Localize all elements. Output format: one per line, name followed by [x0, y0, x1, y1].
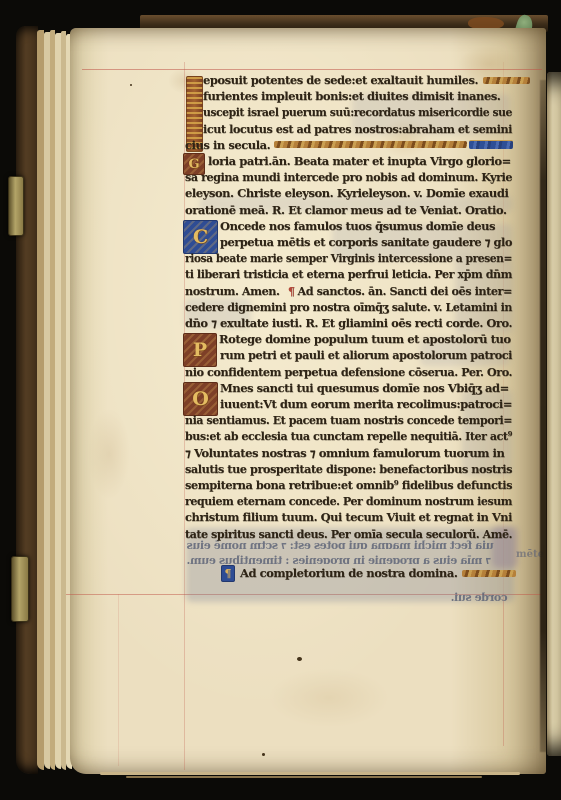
manuscript-line: dn̄o ⁊ exultate iusti. R. Et gliamini oē… — [185, 315, 514, 331]
line-text: cedere dignemini pro nostra oīmq̄ʒ salut… — [185, 300, 512, 314]
line-text: icut locutus est ad patres nostros:abrah… — [203, 122, 512, 136]
page-edge-strip — [126, 776, 482, 778]
speck — [297, 657, 302, 661]
manuscript-line: christum filium tuum. Qui tecum Viuit et… — [185, 509, 514, 525]
line-text: nostrum. Amen. ¶Ad sanctos. ān. Sancti d… — [185, 284, 512, 298]
line-text: salutis tue prosperitate dispone: benefa… — [185, 462, 512, 476]
line-text: requiem eternam concede. Per dominum nos… — [185, 494, 512, 508]
line-text: eposuit potentes de sede:et exaltauit hu… — [203, 73, 478, 87]
manuscript-line: cedere dignemini pro nostra oīmq̄ʒ salut… — [185, 299, 514, 315]
rubric-line: ¶ Ad completorium de nostra domina. — [185, 564, 514, 582]
manuscript-line: rum petri et pauli et aliorum apostoloru… — [185, 347, 549, 363]
manuscript-line: sempiterna bona retribue:et omnib⁹ fidel… — [185, 477, 514, 493]
line-text: christum filium tuum. Qui tecum Viuit et… — [185, 510, 512, 524]
line-text: sempiterna bona retribue:et omnib⁹ fidel… — [185, 478, 512, 492]
bleedthrough-text: corde sui. — [451, 591, 508, 601]
manuscript-line: eleyson. Christe eleyson. Kyrieleyson. v… — [185, 185, 514, 201]
manuscript-line: uscepit israel puerum suū:recordatus mis… — [185, 104, 532, 120]
red-pilcrow-icon: ¶ — [288, 284, 295, 298]
line-filler — [483, 77, 530, 84]
line-text: nio confidentem perpetua defensione cōse… — [185, 365, 512, 379]
line-text: rum petri et pauli et aliorum apostoloru… — [220, 348, 512, 362]
bleedthrough-line: ⁊ mīa eius a progenie in progenies : tim… — [187, 549, 511, 564]
line-text: furientes impleuit bonis:et diuites dimi… — [203, 89, 500, 103]
manuscript-line: orationē meā. R. Et clamor meus ad te Ve… — [185, 202, 514, 218]
blue-pilcrow-icon: ¶ — [221, 565, 235, 582]
manuscript-line: Oncede nos famulos tuos q̄sumus domīe de… — [185, 218, 549, 234]
speck — [262, 753, 265, 756]
manuscript-line: cius in secula. — [185, 137, 514, 153]
manuscript-line: requiem eternam concede. Per dominum nos… — [185, 493, 514, 509]
line-text: nia sentiamus. Et pacem tuam nostris con… — [185, 413, 512, 427]
manuscript-line: icut locutus est ad patres nostros:abrah… — [185, 121, 532, 137]
manuscript-line: sa regina mundi intercede pro nobis ad d… — [185, 169, 514, 185]
line-text: Mnes sancti tui quesumus domīe nos Vbiq̄… — [220, 381, 509, 395]
parchment-stain — [268, 668, 390, 728]
ruling-line-margin — [118, 594, 119, 766]
photo-backdrop: uia fect michi magna qui potes est: ⁊ sc… — [0, 0, 561, 800]
page-edge-strip — [37, 30, 44, 770]
manuscript-line: ⁊ Voluntates nostras ⁊ omnium famulorum … — [185, 445, 514, 461]
leather-binding — [16, 26, 38, 774]
manuscript-line: tate spiritus sancti deus. Per omīa secu… — [185, 526, 514, 542]
line-text: cius in secula. — [185, 138, 270, 152]
line-text: tate spiritus sancti deus. Per omīa secu… — [185, 527, 512, 541]
manuscript-line: nio confidentem perpetua defensione cōse… — [185, 364, 514, 380]
manuscript-line: nostrum. Amen. ¶Ad sanctos. ān. Sancti d… — [185, 283, 514, 299]
bleedthrough-line: corde sui. — [451, 586, 508, 601]
line-text: perpetua mētis et corporis sanitate gaud… — [220, 235, 512, 249]
rubric-text: Ad completorium de nostra domina. — [240, 566, 457, 580]
manuscript-line: riosa beate marie semper Virginis interc… — [185, 250, 514, 266]
manuscript-line: salutis tue prosperitate dispone: benefa… — [185, 461, 514, 477]
manuscript-line: iuuent:Vt dum eorum merita recolimus:pat… — [185, 396, 549, 412]
manuscript-line: Rotege domine populum tuum et apostolorū… — [185, 331, 548, 347]
manuscript-line: loria patri.ān. Beata mater et inupta Vi… — [185, 153, 537, 169]
manuscript-line: Mnes sancti tui quesumus domīe nos Vbiq̄… — [185, 380, 549, 396]
line-filler — [462, 570, 516, 577]
line-text: dn̄o ⁊ exultate iusti. R. Et gliamini oē… — [185, 316, 512, 330]
manuscript-line: nia sentiamus. Et pacem tuam nostris con… — [185, 412, 514, 428]
clasp-fitting-bottom — [11, 556, 29, 622]
parchment-stain — [88, 408, 130, 500]
line-text: sa regina mundi intercede pro nobis ad d… — [185, 170, 512, 184]
gutter-seam — [540, 80, 547, 752]
line-text: uscepit israel puerum suū:recordatus mis… — [203, 105, 512, 119]
line-text: loria patri.ān. Beata mater et inupta Vi… — [208, 154, 511, 168]
text-block: uia fect michi magna qui potes est: ⁊ sc… — [185, 72, 514, 612]
manuscript-line: perpetua mētis et corporis sanitate gaud… — [185, 234, 549, 250]
page-edge-strip — [100, 772, 520, 775]
line-filler-blue — [469, 140, 513, 149]
manuscript-line: ti liberari tristicia et eterna perfrui … — [185, 266, 514, 282]
line-filler — [274, 141, 467, 148]
facing-page-edge — [547, 72, 561, 756]
manuscript-line: eposuit potentes de sede:et exaltauit hu… — [185, 72, 532, 88]
line-text: Oncede nos famulos tuos q̄sumus domīe de… — [220, 219, 495, 233]
line-text: orationē meā. R. Et clamor meus ad te Ve… — [185, 203, 507, 217]
manuscript-line: bus:et ab ecclesia tua cunctam repelle n… — [185, 428, 514, 444]
manuscript-page: uia fect michi magna qui potes est: ⁊ sc… — [70, 28, 546, 774]
bleedthrough-text: ⁊ mīa eius a progenie in progenies : tim… — [187, 554, 491, 564]
ruling-line-right — [503, 594, 504, 746]
speck — [130, 84, 132, 86]
line-text: bus:et ab ecclesia tua cunctam repelle n… — [185, 429, 512, 443]
line-text: riosa beate marie semper Virginis interc… — [185, 251, 512, 265]
line-text: Rotege domine populum tuum et apostolorū… — [219, 332, 511, 346]
line-text: ⁊ Voluntates nostras ⁊ omnium famulorum … — [185, 446, 504, 460]
line-text: eleyson. Christe eleyson. Kyrieleyson. v… — [185, 186, 508, 200]
manuscript-line: furientes impleuit bonis:et diuites dimi… — [185, 88, 532, 104]
line-text: iuuent:Vt dum eorum merita recolimus:pat… — [220, 397, 512, 411]
clasp-fitting-top — [8, 176, 24, 236]
line-text: ti liberari tristicia et eterna perfrui … — [185, 267, 512, 281]
